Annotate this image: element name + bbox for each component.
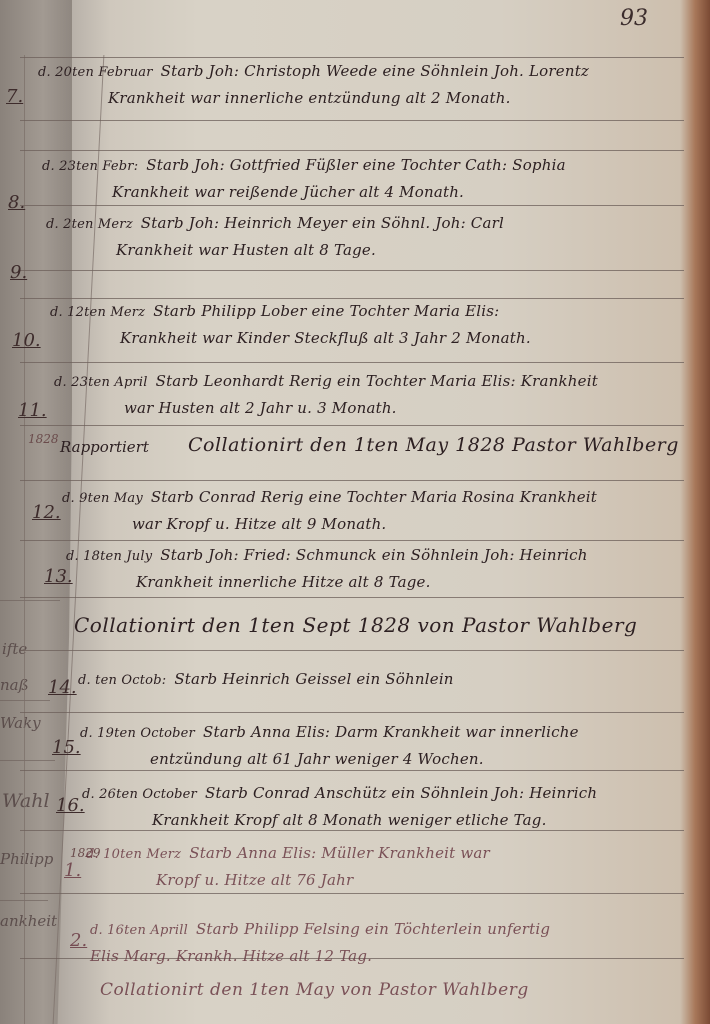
register-entry: d. 2ten MerzStarb Joh: Heinrich Meyer ei… bbox=[46, 216, 504, 258]
rapportiert-note: Rapportiert bbox=[60, 438, 149, 456]
entry-number: 12. bbox=[32, 502, 61, 523]
collation-note: Collationirt den 1ten May 1828 Pastor Wa… bbox=[188, 434, 679, 456]
register-entry: d. 23ten Febr:Starb Joh: Gottfried Füßle… bbox=[42, 158, 566, 200]
register-entry: d. 26ten OctoberStarb Conrad Anschütz ei… bbox=[82, 786, 597, 828]
entry-number: 15. bbox=[52, 737, 81, 758]
year-mark: 1828 bbox=[28, 432, 59, 446]
collation-note: Collationirt den 1ten Sept 1828 von Past… bbox=[74, 613, 637, 637]
register-entry: d. 10ten MerzStarb Anna Elis: Müller Kra… bbox=[86, 846, 490, 888]
register-entry: d. 23ten AprilStarb Leonhardt Rerig ein … bbox=[54, 374, 598, 416]
entry-number: 11. bbox=[18, 400, 47, 421]
entry-number: 2. bbox=[70, 930, 87, 951]
page-number: 93 bbox=[620, 6, 648, 31]
register-entry: d. 18ten JulyStarb Joh: Fried: Schmunck … bbox=[66, 548, 588, 590]
entry-number: 16. bbox=[56, 795, 85, 816]
register-entry: d. 20ten FebruarStarb Joh: Christoph Wee… bbox=[38, 64, 589, 106]
entry-number: 14. bbox=[48, 677, 77, 698]
register-entry: d. 16ten AprillStarb Philipp Felsing ein… bbox=[90, 922, 550, 964]
register-page: 93 7. 8. 9. 10. 11. 12. 13. 14. 15. 16. … bbox=[20, 0, 696, 1024]
collation-note: Collationirt den 1ten May von Pastor Wah… bbox=[100, 980, 529, 1000]
register-entry: d. 19ten OctoberStarb Anna Elis: Darm Kr… bbox=[80, 725, 579, 767]
entry-number: 1. bbox=[64, 860, 81, 881]
entry-number: 10. bbox=[12, 330, 41, 351]
entry-number: 8. bbox=[8, 192, 25, 213]
entry-number: 7. bbox=[6, 86, 23, 107]
register-entry: d. 9ten MayStarb Conrad Rerig eine Tocht… bbox=[62, 490, 597, 532]
register-photo: ifte naß Waky Wahl Philipp ankheit 93 bbox=[0, 0, 710, 1024]
entry-number: 9. bbox=[10, 262, 27, 283]
register-entry: d. 12ten MerzStarb Philipp Lober eine To… bbox=[50, 304, 531, 346]
register-entry: d. ten Octob:Starb Heinrich Geissel ein … bbox=[78, 672, 454, 687]
